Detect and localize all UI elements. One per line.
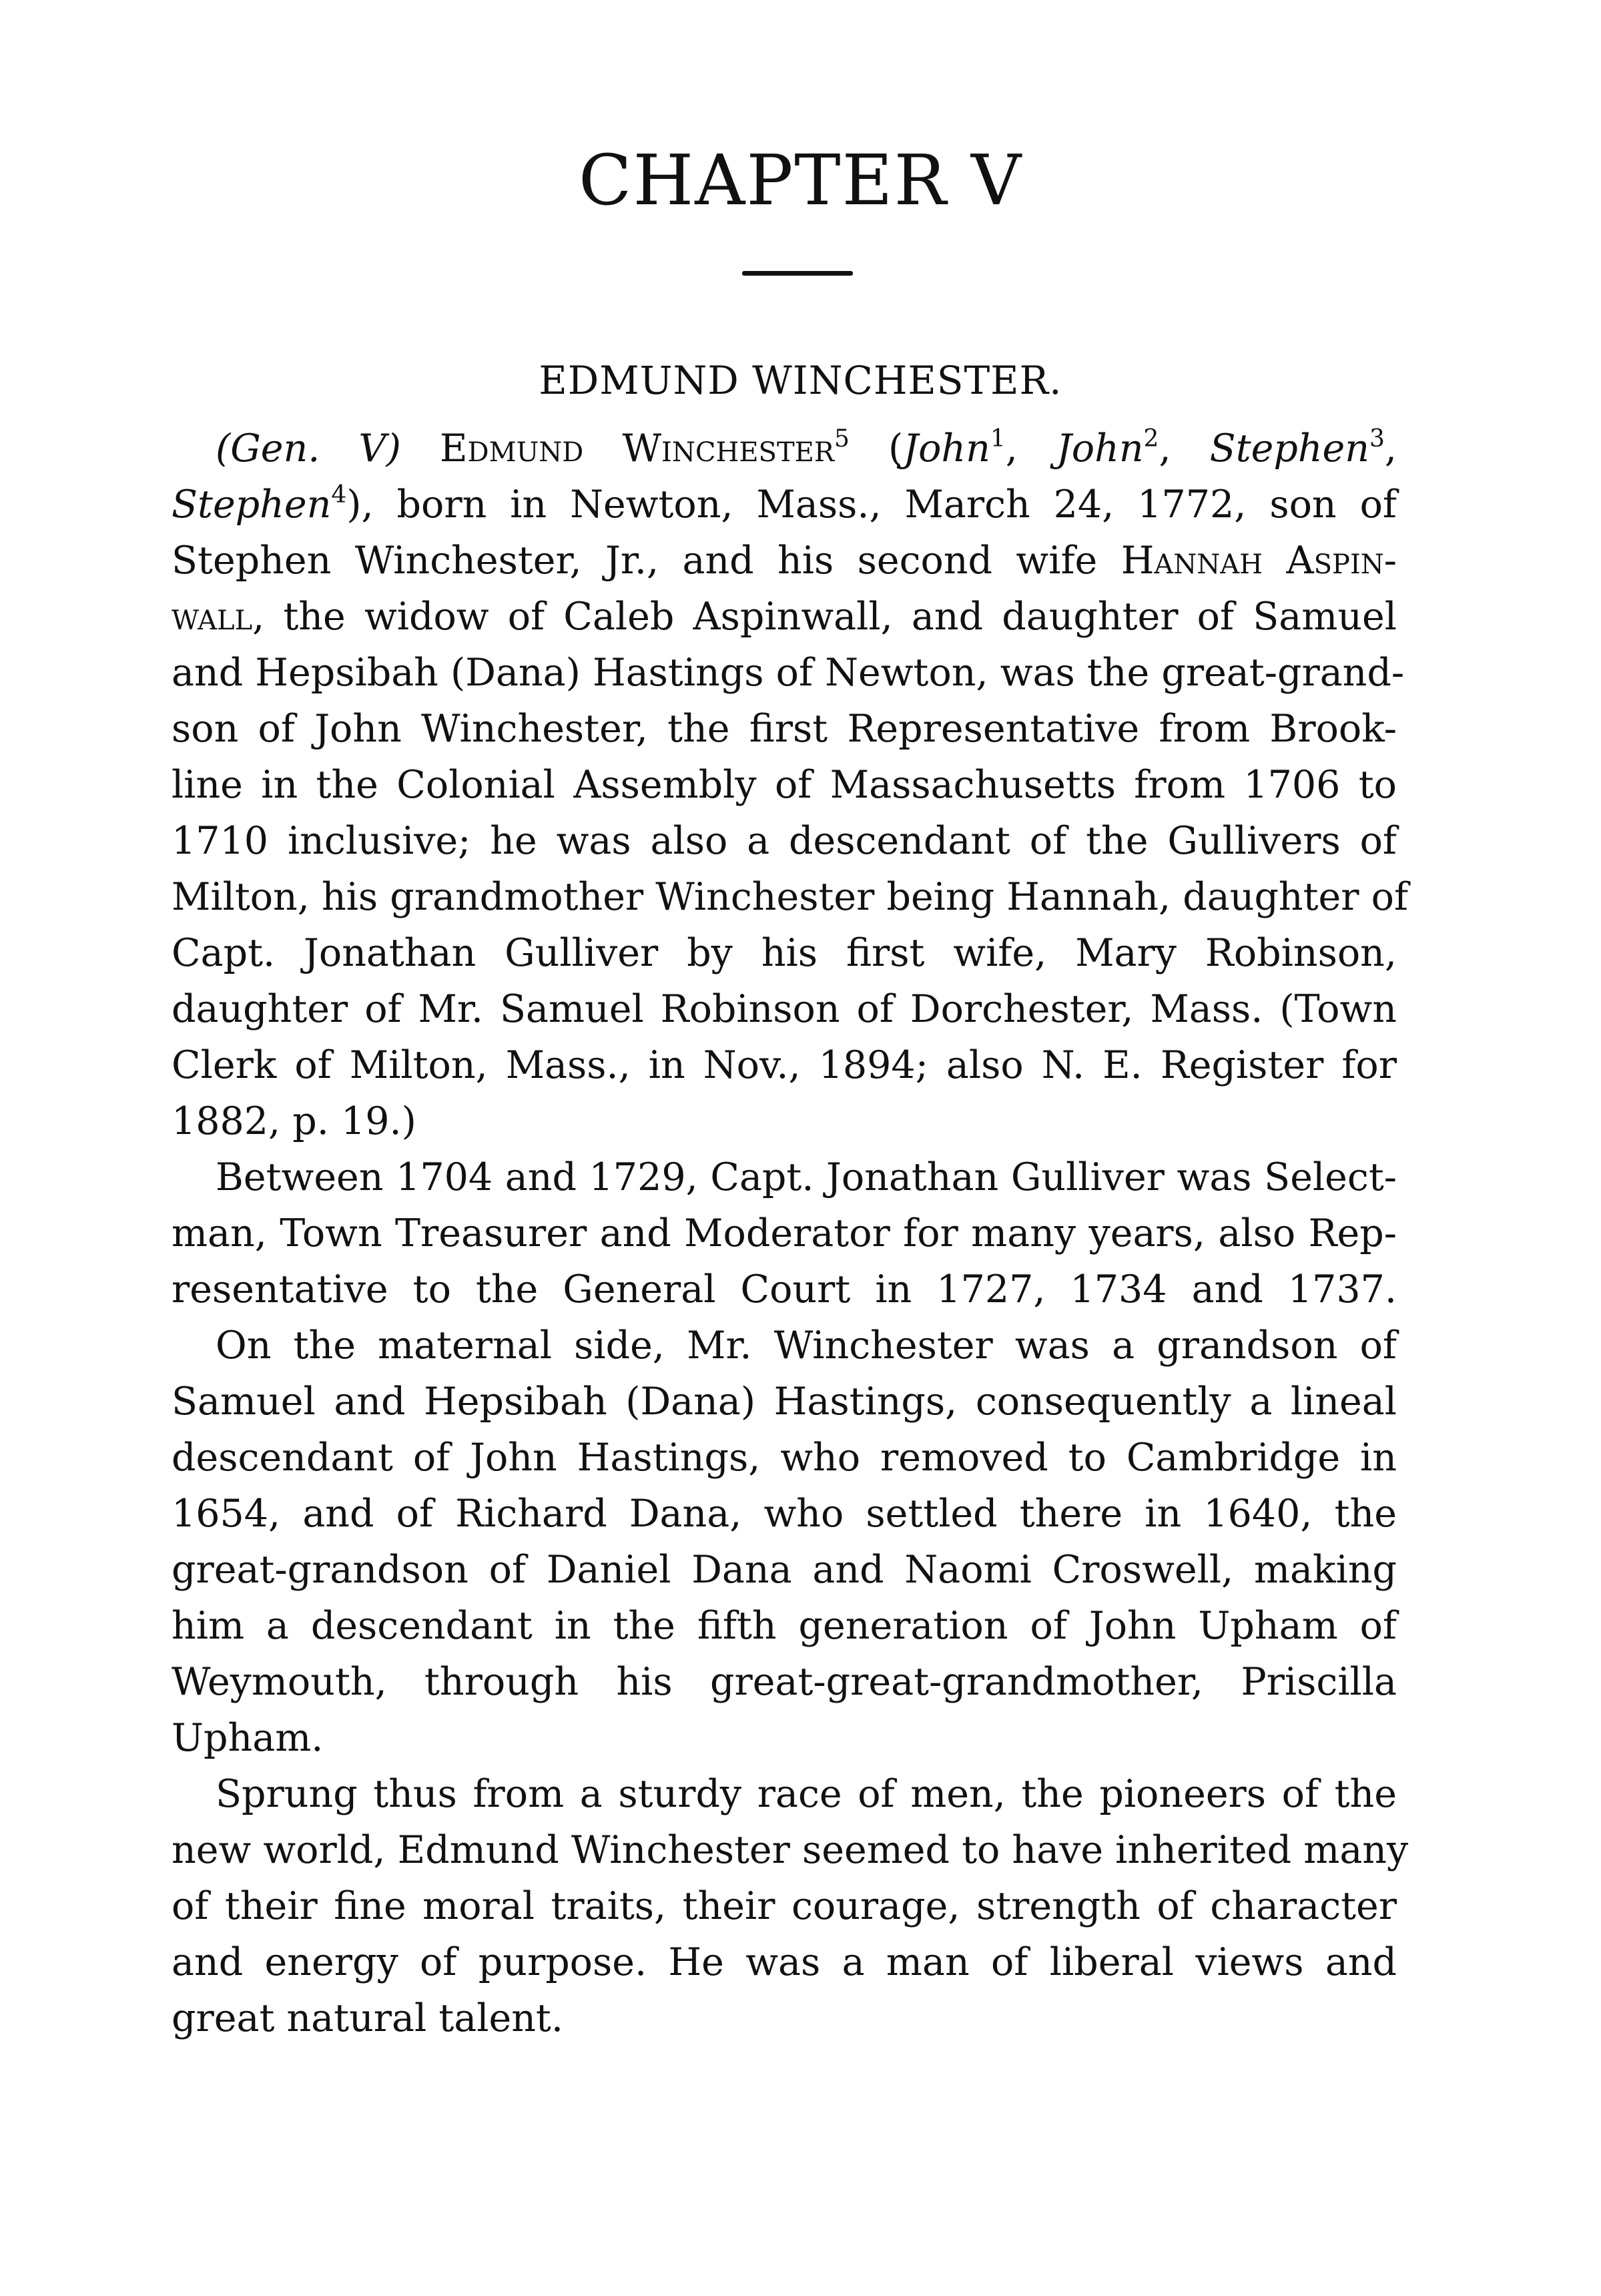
paragraph-maternal: On the maternal side, Mr. Winchester was… [172,1318,1397,1766]
generation-superscript: 3 [1369,425,1385,453]
generation-label: (Gen. V) [216,426,401,471]
ancestor-name: Stephen [1210,426,1369,471]
punctuation: , [1385,426,1397,471]
decorative-rule [742,271,853,276]
generation-superscript: 1 [990,425,1006,453]
text-line: him a descendant in the fifth generation… [172,1598,1397,1654]
subject-name: Edmund Winchester [440,426,834,471]
generation-superscript: 2 [1144,425,1159,453]
text-line: line in the Colonial Assembly of Massach… [172,757,1397,813]
text-line: 1654, and of Richard Dana, who settled t… [172,1486,1397,1542]
generation-superscript: 5 [834,425,850,453]
text-line: 1882, p. 19.) [172,1093,1397,1149]
mother-name: wall, [172,595,264,639]
text-line: Sprung thus from a sturdy race of men, t… [172,1766,1397,1822]
text-line: Stephen4), born in Newton, Mass., March … [172,477,1397,533]
text-line: and Hepsibah (Dana) Hastings of Newton, … [172,645,1397,701]
ancestor-name: Stephen [172,483,331,527]
text-line: wall, the widow of Caleb Aspinwall, and … [172,589,1397,645]
text-line: Milton, his grandmother Winchester being… [172,869,1397,925]
text-line: great natural talent. [172,1990,1397,2046]
text-line: new world, Edmund Winchester seemed to h… [172,1822,1397,1878]
chapter-title: CHAPTER V [0,137,1601,224]
text-line: (Gen. V) Edmund Winchester5 (John1, John… [172,420,1397,477]
paragraph-gulliver: Between 1704 and 1729, Capt. Jonathan Gu… [172,1149,1397,1318]
text-line: descendant of John Hastings, who removed… [172,1430,1397,1486]
mother-name: Hannah Aspin- [1121,539,1397,583]
generation-superscript: 4 [331,481,346,509]
text-line: man, Town Treasurer and Moderator for ma… [172,1205,1397,1261]
book-page: CHAPTER V EDMUND WINCHESTER. (Gen. V) Ed… [0,0,1601,2296]
text-line: son of John Winchester, the first Repres… [172,701,1397,757]
paragraph-genealogy: (Gen. V) Edmund Winchester5 (John1, John… [172,420,1397,1149]
text-line: Clerk of Milton, Mass., in Nov., 1894; a… [172,1037,1397,1093]
text-line: Samuel and Hepsibah (Dana) Hastings, con… [172,1374,1397,1430]
body-text: (Gen. V) Edmund Winchester5 (John1, John… [172,420,1397,2046]
ancestor-name: John [903,426,990,471]
text-line: Between 1704 and 1729, Capt. Jonathan Gu… [172,1149,1397,1205]
text-line: Stephen Winchester, Jr., and his second … [172,533,1397,589]
ancestor-name: John [1056,426,1144,471]
text-line: daughter of Mr. Samuel Robinson of Dorch… [172,981,1397,1037]
text-run: Stephen Winchester, Jr., and his second … [172,539,1097,583]
text-line: Upham. [172,1710,1397,1766]
paragraph-character: Sprung thus from a sturdy race of men, t… [172,1766,1397,2046]
paren: ( [888,426,903,471]
text-line: Weymouth, through his great-great-grandm… [172,1654,1397,1710]
text-line: and energy of purpose. He was a man of l… [172,1934,1397,1990]
text-run: the widow of Caleb Aspinwall, and daught… [283,595,1397,639]
text-line: 1710 inclusive; he was also a descendant… [172,813,1397,869]
text-run: ), born in Newton, Mass., March 24, 1772… [346,483,1397,527]
text-line: of their fine moral traits, their courag… [172,1878,1397,1934]
text-line: On the maternal side, Mr. Winchester was… [172,1318,1397,1374]
section-title: EDMUND WINCHESTER. [0,354,1601,407]
text-line: Capt. Jonathan Gulliver by his first wif… [172,925,1397,981]
text-line: great-grandson of Daniel Dana and Naomi … [172,1542,1397,1598]
text-line: resentative to the General Court in 1727… [172,1261,1397,1318]
